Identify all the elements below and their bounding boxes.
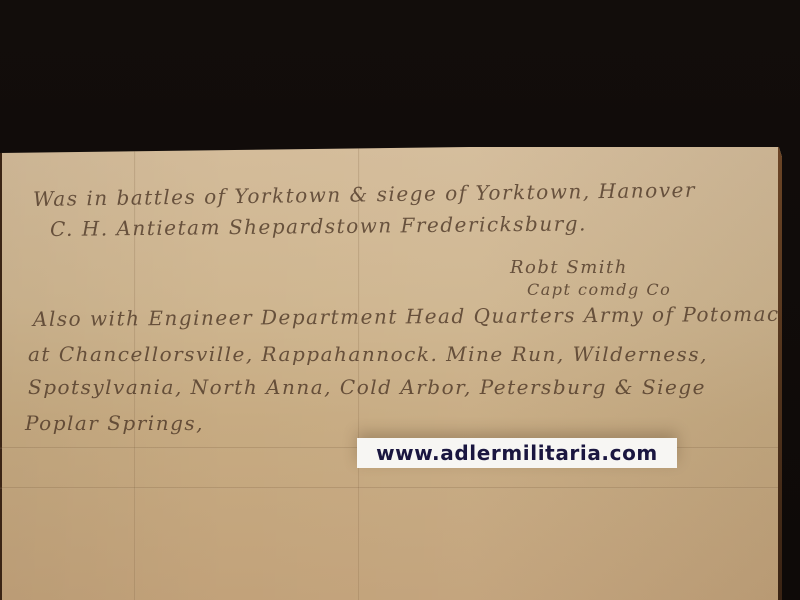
document-paper: Was in battles of Yorktown & siege of Yo… (0, 147, 782, 600)
signature-name: Robt Smith (510, 257, 628, 278)
fold-crease-horizontal-lower (0, 487, 782, 489)
handwritten-line-3: Also with Engineer Department Head Quart… (33, 302, 780, 331)
watermark-label: www.adlermilitaria.com (357, 438, 677, 468)
handwritten-line-4: at Chancellorsville, Rappahannock. Mine … (28, 342, 708, 366)
handwritten-line-1: Was in battles of Yorktown & siege of Yo… (33, 178, 696, 211)
signature-title: Capt comdg Co (527, 280, 671, 299)
handwritten-line-6: Poplar Springs, (25, 411, 204, 435)
handwritten-line-5: Spotsylvania, North Anna, Cold Arbor, Pe… (28, 375, 706, 399)
fold-crease-vertical-left (134, 147, 136, 600)
handwritten-line-2: C. H. Antietam Shepardstown Fredericksbu… (50, 211, 587, 241)
